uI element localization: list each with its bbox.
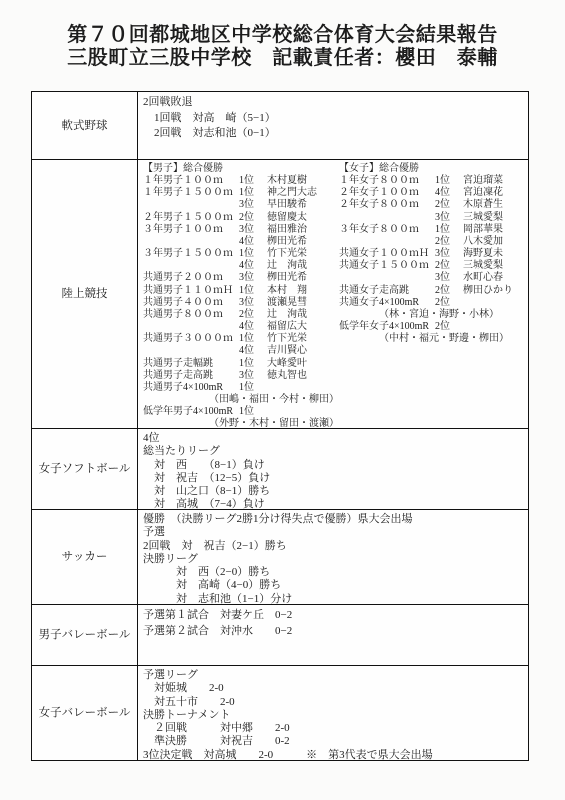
athlete-name: 徳丸智也 <box>267 370 339 382</box>
result-line: 4位 <box>143 432 526 445</box>
track-result-line: 4位栁田光希 <box>143 236 339 248</box>
event-name: 共通女子走高跳 <box>339 285 435 297</box>
event-name: 共通女子１５００ｍ <box>339 260 435 272</box>
track-result-line: 共通女子１００ｍＨ3位海野夏未 <box>339 248 526 260</box>
athlete-name: 本村 翔 <box>267 285 339 297</box>
result-line: 2回戦 対 祝吉（2−1）勝ち <box>143 540 526 553</box>
event-name: 共通男子１１０ｍＨ <box>143 285 239 297</box>
result-line: 対 高崎（4−0）勝ち <box>143 579 526 592</box>
track-result-line: 共通男子4×100mR1位 <box>143 382 339 394</box>
result-line: 対 祝吉 （12−5）負け <box>143 472 526 485</box>
athlete-name: 吉川賢心 <box>267 345 339 357</box>
track-result-line: 共通男子走高跳3位徳丸智也 <box>143 370 339 382</box>
track-result-line: 4位吉川賢心 <box>143 345 339 357</box>
result-line: 準決勝 対祝吉 0-2 <box>143 735 526 748</box>
rank: 2位 <box>435 321 463 333</box>
track-result-line: １年男子１５００ｍ1位神之門大志 <box>143 187 339 199</box>
table-row-track: 陸上競技 【男子】総合優勝 １年男子１００ｍ1位木村夏樹 １年男子１５００ｍ1位… <box>32 160 528 429</box>
report-subtitle: 三股町立三股中学校 記載責任者：櫻田 泰輔 <box>0 47 565 70</box>
athlete-name: 辻 洵哉 <box>267 260 339 272</box>
table-row-boys-volleyball: 男子バレーボール 予選第１試合 対妻ケ丘 0−2予選第２試合 対沖水 0−2 <box>32 605 528 666</box>
track-result-line: 共通女子１５００ｍ2位三城愛梨 <box>339 260 526 272</box>
rank: 1位 <box>239 248 267 260</box>
rank: 2位 <box>435 297 463 309</box>
track-men-header: 【男子】総合優勝 <box>143 163 339 175</box>
sport-label-baseball: 軟式野球 <box>32 92 138 159</box>
event-name: 低学年男子4×100mR <box>143 406 239 418</box>
athlete-name: 栁田光希 <box>267 236 339 248</box>
event-name: １年男子１００ｍ <box>143 175 239 187</box>
track-result-line: 4位辻 洵哉 <box>143 260 339 272</box>
sport-label-boys-volleyball: 男子バレーボール <box>32 605 138 665</box>
soccer-results: 優勝 （決勝リーグ2勝1分け得失点で優勝）県大会出場予選2回戦 対 祝吉（2−1… <box>138 510 528 604</box>
result-line: 対 西 （8−1）負け <box>143 459 526 472</box>
rank: 2位 <box>239 212 267 224</box>
softball-results: 4位総当たりリーグ 対 西 （8−1）負け 対 祝吉 （12−5）負け 対 山之… <box>138 429 528 509</box>
relay-members: （田嶋・福田・今村・柳田） <box>143 394 339 406</box>
event-name: 低学年女子4×100mR <box>339 321 435 333</box>
event-name: 共通男子4×100mR <box>143 382 239 394</box>
table-row-baseball: 軟式野球 2回戦敗退 1回戦 対高 崎（5−1） 2回戦 対志和池（0−1） <box>32 92 528 160</box>
track-result-line: 共通男子１１０ｍＨ1位本村 翔 <box>143 285 339 297</box>
track-men-column: 【男子】総合優勝 １年男子１００ｍ1位木村夏樹 １年男子１５００ｍ1位神之門大志… <box>143 163 339 428</box>
result-line: 対姫城 2-0 <box>143 682 526 695</box>
athlete-name <box>463 321 526 333</box>
result-line: 2回戦 対志和池（0−1） <box>143 126 526 142</box>
rank: 1位 <box>239 333 267 345</box>
rank: 3位 <box>435 272 463 284</box>
athlete-name: 宮迫瑠菜 <box>463 175 526 187</box>
result-line: 3位決定戦 対高城 2-0 ※ 第3代表で県大会出場 <box>143 749 526 760</box>
relay-members: （中村・福元・野邊・栁田） <box>339 333 509 345</box>
result-line: 対 高城 （7−4）負け <box>143 498 526 509</box>
result-line: 2回戦敗退 <box>143 95 526 111</box>
athlete-name: 辻 洵哉 <box>267 309 339 321</box>
track-result-line: １年女子８００ｍ1位宮迫瑠菜 <box>339 175 526 187</box>
rank: 3位 <box>239 297 267 309</box>
event-name: １年女子８００ｍ <box>339 175 435 187</box>
event-name: 共通男子４００ｍ <box>143 297 239 309</box>
rank: 3位 <box>239 224 267 236</box>
track-result-line: ３年男子１５００ｍ1位竹下光栄 <box>143 248 339 260</box>
rank: 1位 <box>239 285 267 297</box>
track-result-line: （中村・福元・野邊・栁田） <box>339 333 526 345</box>
rank: 4位 <box>435 187 463 199</box>
track-result-line: ２年女子８００ｍ2位木原蒼生 <box>339 199 526 211</box>
athlete-name: 神之門大志 <box>267 187 339 199</box>
event-name: ２年女子１００ｍ <box>339 187 435 199</box>
track-result-line: （外野・木村・留田・渡瀬） <box>143 418 339 428</box>
track-result-line: 共通女子走高跳2位栁田ひかり <box>339 285 526 297</box>
athlete-name <box>267 406 339 418</box>
track-result-line: 共通女子4×100mR2位 <box>339 297 526 309</box>
result-line: 予選第２試合 対沖水 0−2 <box>143 624 526 640</box>
track-result-line: ２年男子１５００ｍ2位徳留慶太 <box>143 212 339 224</box>
athlete-name: 渡瀬晃彗 <box>267 297 339 309</box>
sport-label-track: 陸上競技 <box>32 160 138 428</box>
track-result-line: 共通男子４００ｍ3位渡瀬晃彗 <box>143 297 339 309</box>
track-columns: 【男子】総合優勝 １年男子１００ｍ1位木村夏樹 １年男子１５００ｍ1位神之門大志… <box>143 163 526 428</box>
athlete-name: 木原蒼生 <box>463 199 526 211</box>
rank: 3位 <box>239 199 267 211</box>
track-result-line: ２年女子１００ｍ4位宮迫凜花 <box>339 187 526 199</box>
track-result-line: 3位水町心春 <box>339 272 526 284</box>
athlete-name: 福留広大 <box>267 321 339 333</box>
event-name <box>143 199 239 211</box>
result-line: 予選 <box>143 526 526 539</box>
rank: 4位 <box>239 345 267 357</box>
result-line: ２回戦 対中郷 2-0 <box>143 722 526 735</box>
baseball-results: 2回戦敗退 1回戦 対高 崎（5−1） 2回戦 対志和池（0−1） <box>138 92 528 159</box>
result-line: 対 志和池（1−1）分け <box>143 593 526 604</box>
rank: 3位 <box>435 212 463 224</box>
event-name: 共通男子２００ｍ <box>143 272 239 284</box>
rank: 1位 <box>239 358 267 370</box>
track-result-line: 3位三城愛梨 <box>339 212 526 224</box>
rank: 3位 <box>435 248 463 260</box>
event-name: ３年女子８００ｍ <box>339 224 435 236</box>
athlete-name: 八木愛加 <box>463 236 526 248</box>
rank: 3位 <box>239 370 267 382</box>
track-result-line: 共通男子走幅跳1位大峰愛叶 <box>143 358 339 370</box>
event-name: 共通男子走高跳 <box>143 370 239 382</box>
event-name: ２年男子１５００ｍ <box>143 212 239 224</box>
athlete-name: 三城愛梨 <box>463 260 526 272</box>
result-line: 対 西（2−0）勝ち <box>143 566 526 579</box>
track-result-line: （林・宮迫・海野・小林） <box>339 309 526 321</box>
track-results: 【男子】総合優勝 １年男子１００ｍ1位木村夏樹 １年男子１５００ｍ1位神之門大志… <box>138 160 528 428</box>
track-result-line: ３年男子１００ｍ3位福田雅治 <box>143 224 339 236</box>
event-name: ３年男子１００ｍ <box>143 224 239 236</box>
track-result-line: 2位八木愛加 <box>339 236 526 248</box>
sport-label-girls-volleyball: 女子バレーボール <box>32 666 138 760</box>
rank: 4位 <box>239 236 267 248</box>
rank: 3位 <box>239 272 267 284</box>
result-line: 優勝 （決勝リーグ2勝1分け得失点で優勝）県大会出場 <box>143 513 526 526</box>
athlete-name: 大峰愛叶 <box>267 358 339 370</box>
rank: 2位 <box>435 285 463 297</box>
event-name <box>143 236 239 248</box>
athlete-name: 三城愛梨 <box>463 212 526 224</box>
track-result-line: （田嶋・福田・今村・柳田） <box>143 394 339 406</box>
event-name <box>143 321 239 333</box>
relay-members: （林・宮迫・海野・小林） <box>339 309 499 321</box>
athlete-name: 竹下光栄 <box>267 333 339 345</box>
sport-label-softball: 女子ソフトボール <box>32 429 138 509</box>
athlete-name: 早田駿希 <box>267 199 339 211</box>
result-line: 総当たりリーグ <box>143 445 526 458</box>
event-name: 共通女子4×100mR <box>339 297 435 309</box>
rank: 2位 <box>435 260 463 272</box>
rank: 1位 <box>239 382 267 394</box>
event-name: ２年女子８００ｍ <box>339 199 435 211</box>
event-name <box>339 236 435 248</box>
scanned-report-page: { "page": {"background": "#fbfbfa", "tex… <box>0 0 565 800</box>
athlete-name: 木村夏樹 <box>267 175 339 187</box>
rank: 1位 <box>239 406 267 418</box>
track-result-line: 共通男子３０００ｍ1位竹下光栄 <box>143 333 339 345</box>
report-title: 第７０回都城地区中学校総合体育大会結果報告 <box>0 24 565 47</box>
result-line: 対 山之口（8−1）勝ち <box>143 485 526 498</box>
girls-volleyball-results: 予選リーグ 対姫城 2-0 対五十市 2-0決勝トーナメント ２回戦 対中郷 2… <box>138 666 528 760</box>
event-name: １年男子１５００ｍ <box>143 187 239 199</box>
track-result-line: 3位早田駿希 <box>143 199 339 211</box>
athlete-name: 宮迫凜花 <box>463 187 526 199</box>
track-result-line: 4位福留広大 <box>143 321 339 333</box>
track-women-column: 【女子】総合優勝 １年女子８００ｍ1位宮迫瑠菜 ２年女子１００ｍ4位宮迫凜花 ２… <box>339 163 526 428</box>
event-name: 共通男子８００ｍ <box>143 309 239 321</box>
event-name <box>143 345 239 357</box>
results-table: 軟式野球 2回戦敗退 1回戦 対高 崎（5−1） 2回戦 対志和池（0−1） 陸… <box>31 91 529 761</box>
track-women-lines: １年女子８００ｍ1位宮迫瑠菜 ２年女子１００ｍ4位宮迫凜花 ２年女子８００ｍ2位… <box>339 175 526 345</box>
track-women-header: 【女子】総合優勝 <box>339 163 526 175</box>
track-result-line: 低学年男子4×100mR1位 <box>143 406 339 418</box>
rank: 1位 <box>435 224 463 236</box>
rank: 2位 <box>435 199 463 211</box>
event-name <box>143 260 239 272</box>
athlete-name <box>463 297 526 309</box>
event-name <box>339 212 435 224</box>
rank: 4位 <box>239 260 267 272</box>
rank: 1位 <box>239 175 267 187</box>
event-name: 共通女子１００ｍＨ <box>339 248 435 260</box>
relay-members: （外野・木村・留田・渡瀬） <box>143 418 339 428</box>
athlete-name: 徳留慶太 <box>267 212 339 224</box>
result-line: 予選リーグ <box>143 669 526 682</box>
athlete-name: 福田雅治 <box>267 224 339 236</box>
track-men-lines: １年男子１００ｍ1位木村夏樹 １年男子１５００ｍ1位神之門大志 3位早田駿希 ２… <box>143 175 339 428</box>
rank: 1位 <box>239 187 267 199</box>
rank: 1位 <box>435 175 463 187</box>
boys-volleyball-results: 予選第１試合 対妻ケ丘 0−2予選第２試合 対沖水 0−2 <box>138 605 528 665</box>
result-line: 対五十市 2-0 <box>143 696 526 709</box>
track-result-line: 共通男子２００ｍ3位栁田光希 <box>143 272 339 284</box>
track-result-line: １年男子１００ｍ1位木村夏樹 <box>143 175 339 187</box>
athlete-name: 水町心春 <box>463 272 526 284</box>
report-header: 第７０回都城地区中学校総合体育大会結果報告 三股町立三股中学校 記載責任者：櫻田… <box>0 24 565 70</box>
track-result-line: 共通男子８００ｍ2位辻 洵哉 <box>143 309 339 321</box>
table-row-softball: 女子ソフトボール 4位総当たりリーグ 対 西 （8−1）負け 対 祝吉 （12−… <box>32 429 528 510</box>
sport-label-soccer: サッカー <box>32 510 138 604</box>
event-name: 共通男子走幅跳 <box>143 358 239 370</box>
athlete-name <box>267 382 339 394</box>
athlete-name: 栁田ひかり <box>463 285 526 297</box>
result-line: 予選第１試合 対妻ケ丘 0−2 <box>143 608 526 624</box>
rank: 4位 <box>239 321 267 333</box>
event-name: ３年男子１５００ｍ <box>143 248 239 260</box>
athlete-name: 海野夏未 <box>463 248 526 260</box>
track-result-line: ３年女子８００ｍ1位岡部華果 <box>339 224 526 236</box>
event-name <box>339 272 435 284</box>
result-line: 決勝トーナメント <box>143 709 526 722</box>
result-line: 決勝リーグ <box>143 553 526 566</box>
track-result-line: 低学年女子4×100mR2位 <box>339 321 526 333</box>
table-row-girls-volleyball: 女子バレーボール 予選リーグ 対姫城 2-0 対五十市 2-0決勝トーナメント … <box>32 666 528 760</box>
athlete-name: 栁田光希 <box>267 272 339 284</box>
event-name: 共通男子３０００ｍ <box>143 333 239 345</box>
table-row-soccer: サッカー 優勝 （決勝リーグ2勝1分け得失点で優勝）県大会出場予選2回戦 対 祝… <box>32 510 528 605</box>
rank: 2位 <box>435 236 463 248</box>
athlete-name: 岡部華果 <box>463 224 526 236</box>
result-line: 1回戦 対高 崎（5−1） <box>143 111 526 127</box>
athlete-name: 竹下光栄 <box>267 248 339 260</box>
rank: 2位 <box>239 309 267 321</box>
